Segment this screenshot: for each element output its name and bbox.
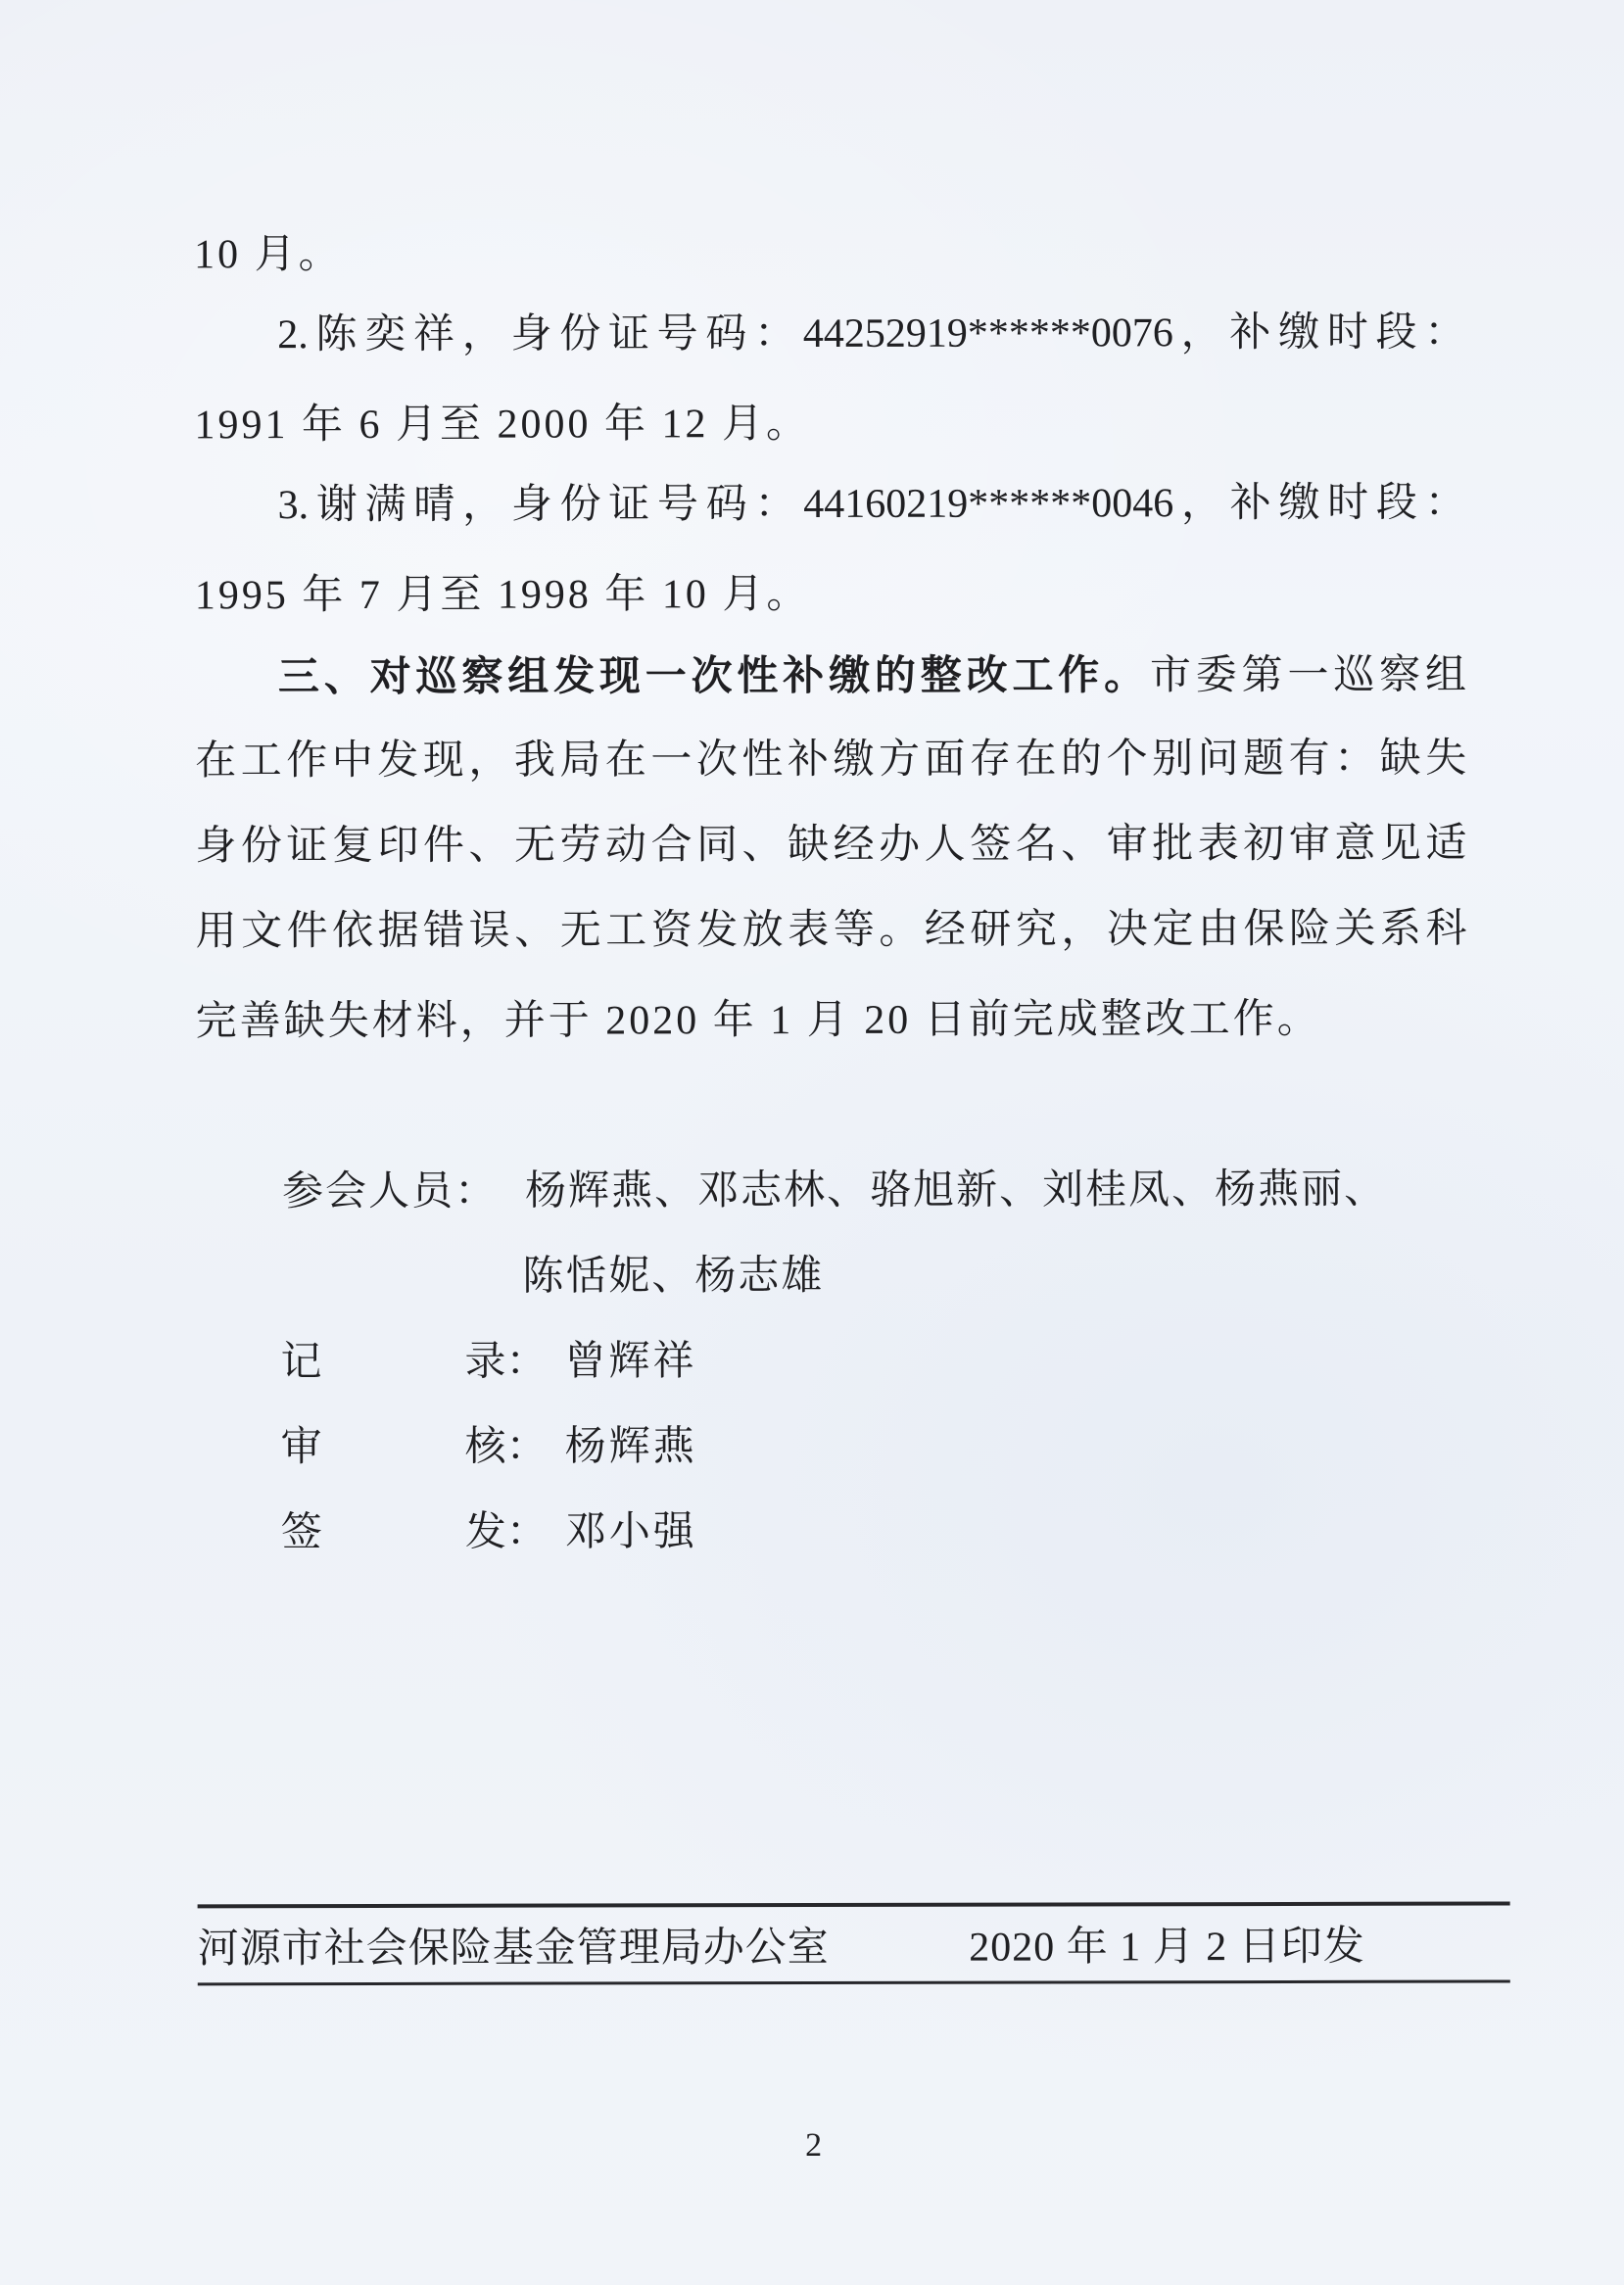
body-line: 1995 年 7 月至 1998 年 10 月。 [195, 547, 1466, 635]
issuer-label: 签发 [281, 1499, 506, 1557]
label-char: 发 [465, 1499, 506, 1557]
blank-line [196, 1058, 1467, 1146]
body-line-text: 10 月。 [194, 221, 343, 280]
label-colon: ： [506, 1499, 548, 1557]
section-heading-line: 三、对巡察组发现一次性补缴的整改工作。市委第一巡察组 [195, 632, 1466, 720]
recorder-label: 记录 [280, 1328, 505, 1387]
body-line-text: 1991 年 6 月至 2000 年 12 月。 [194, 391, 810, 451]
body-line: 2.陈奕祥，身份证号码：44252919******0076，补缴时段： [194, 291, 1465, 379]
label-colon: ： [506, 1413, 548, 1472]
recorder-name: 曾辉祥 [564, 1328, 696, 1387]
attendees-row: 陈恬妮、杨志雄 [196, 1228, 1467, 1316]
attendees-names-line2: 陈恬妮、杨志雄 [522, 1242, 824, 1302]
issuer-row: 签发：邓小强 [197, 1484, 1468, 1572]
body-line: 10 月。 [194, 206, 1465, 294]
reviewer-name: 杨辉燕 [565, 1413, 697, 1472]
issuing-office: 河源市社会保险基金管理局办公室 [198, 1915, 830, 1975]
label-char: 核 [465, 1413, 506, 1472]
attendees-label: 参会人员： [282, 1158, 498, 1216]
label-char: 签 [281, 1500, 322, 1558]
body-line: 身份证复印件、无劳动合同、缺经办人签名、审批表初审意见适 [195, 802, 1466, 890]
body-line-text: 完善缺失材料，并于 2020 年 1 月 20 日前完成整改工作。 [196, 985, 1321, 1046]
section-heading-tail: 市委第一巡察组 [1150, 653, 1466, 699]
footer-colophon: 河源市社会保险基金管理局办公室 2020 年 1 月 2 日印发 [198, 1902, 1510, 1986]
body-line: 完善缺失材料，并于 2020 年 1 月 20 日前完成整改工作。 [196, 973, 1467, 1061]
scan-content: 10 月。 2.陈奕祥，身份证号码：44252919******0076，补缴时… [0, 0, 1624, 2285]
label-char: 记 [280, 1329, 321, 1388]
reviewer-label: 审核 [281, 1413, 506, 1472]
body-line: 在工作中发现，我局在一次性补缴方面存在的个别问题有：缺失 [195, 717, 1466, 805]
recorder-row: 记录：曾辉祥 [196, 1313, 1467, 1402]
attendees-names-line1: 杨辉燕、邓志林、骆旭新、刘桂凤、杨燕丽、 [525, 1156, 1387, 1216]
page-number: 2 [2, 2125, 1624, 2166]
label-colon: ： [505, 1328, 547, 1387]
section-heading-bold: 三、对巡察组发现一次性补缴的整改工作。 [278, 651, 1150, 699]
print-date: 2020 年 1 月 2 日印发 [969, 1914, 1365, 1974]
document-body: 10 月。 2.陈奕祥，身份证号码：44252919******0076，补缴时… [194, 206, 1468, 1572]
scanned-document-page: 10 月。 2.陈奕祥，身份证号码：44252919******0076，补缴时… [0, 0, 1624, 2285]
body-line: 用文件依据错误、无工资发放表等。经研究，决定由保险关系科 [195, 887, 1466, 976]
attendees-row: 参会人员： 杨辉燕、邓志林、骆旭新、刘桂凤、杨燕丽、 [196, 1143, 1467, 1231]
reviewer-row: 审核：杨辉燕 [197, 1399, 1468, 1487]
body-line: 1991 年 6 月至 2000 年 12 月。 [194, 376, 1465, 464]
label-char: 录 [464, 1328, 505, 1387]
label-char: 审 [281, 1414, 322, 1473]
body-line: 3.谢满晴，身份证号码：44160219******0046，补缴时段： [195, 461, 1466, 549]
body-line-text: 1995 年 7 月至 1998 年 10 月。 [195, 561, 811, 621]
issuer-name: 邓小强 [565, 1499, 697, 1557]
